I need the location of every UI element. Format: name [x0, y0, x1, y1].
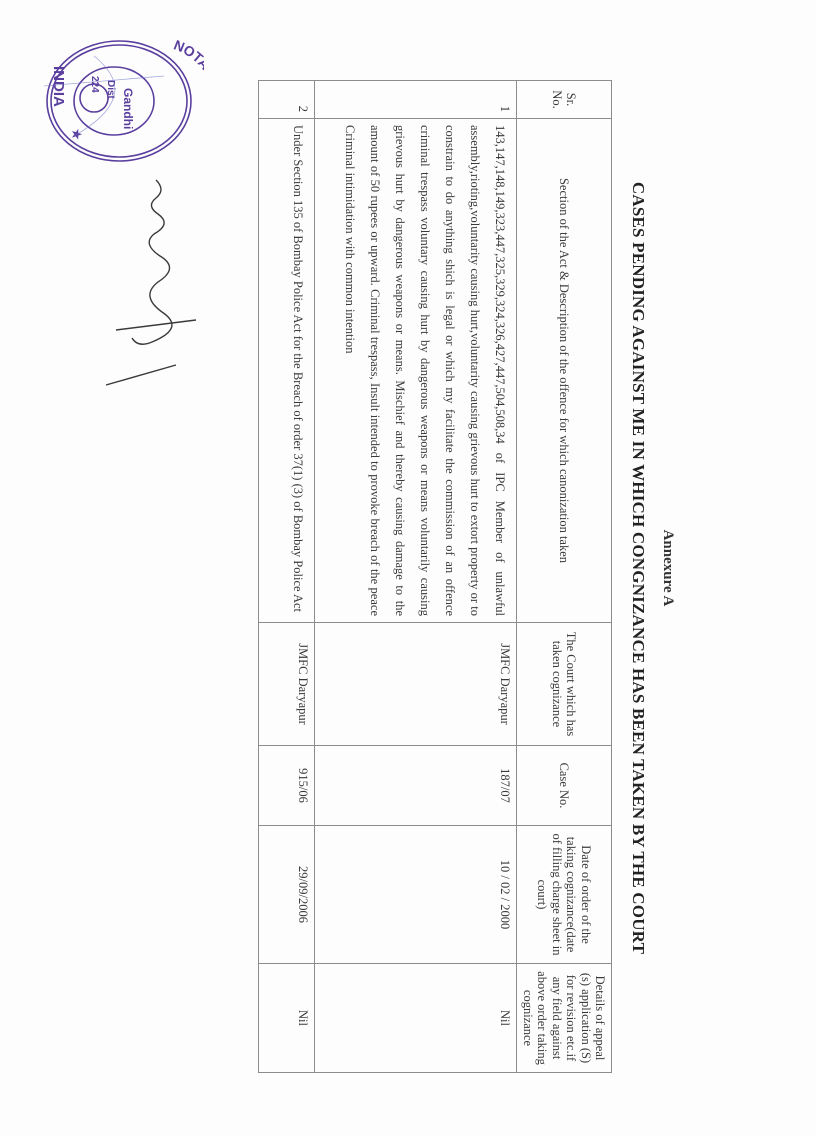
star-icon: ★: [68, 128, 83, 141]
cell-date: 29/09/2006: [258, 826, 314, 964]
document-page: Annexure A CASES PENDING AGAINST ME IN W…: [0, 0, 816, 1136]
document-title: CASES PENDING AGAINST ME IN WHICH CONGNI…: [628, 0, 648, 1136]
cell-appeal: Nil: [314, 964, 516, 1073]
header-appeal: Details of appeal (s) application (S) fo…: [516, 964, 611, 1073]
stamp-inner-text: 224: [89, 76, 100, 93]
annexure-label: Annexure A: [659, 0, 676, 1136]
cell-sr: 2: [258, 81, 314, 119]
table-header-row: Sr. No. Section of the Act & Description…: [516, 81, 611, 1073]
header-case-no: Case No.: [516, 746, 611, 826]
cell-court: JMFC Daryapur: [258, 623, 314, 746]
table-row: 1 143,147,148,149,323,447,325,329,324,32…: [314, 81, 516, 1073]
cell-section: 143,147,148,149,323,447,325,329,324,326,…: [314, 119, 516, 623]
header-date: Date of order of the taking cognizance(d…: [516, 826, 611, 964]
notary-stamp: NOTARY Gandhi Dist 224 INDIA ★: [34, 36, 204, 166]
header-section: Section of the Act & Description of the …: [516, 119, 611, 623]
header-sr-no: Sr. No.: [516, 81, 611, 119]
cell-case-no: 187/07: [314, 746, 516, 826]
cell-section: Under Section 135 of Bombay Police Act f…: [258, 119, 314, 623]
table-row: 2 Under Section 135 of Bombay Police Act…: [258, 81, 314, 1073]
header-court: The Court which has taken cognizance: [516, 623, 611, 746]
signature: [96, 170, 216, 390]
cell-case-no: 915/06: [258, 746, 314, 826]
cases-table: Sr. No. Section of the Act & Description…: [258, 80, 612, 1073]
cell-sr: 1: [314, 81, 516, 119]
cell-appeal: Nil: [258, 964, 314, 1073]
stamp-inner-text: Gandhi: [121, 88, 135, 129]
cell-court: JMFC Daryapur: [314, 623, 516, 746]
cell-date: 10 / 02 / 2000: [314, 826, 516, 964]
stamp-country-text: INDIA: [50, 66, 67, 107]
